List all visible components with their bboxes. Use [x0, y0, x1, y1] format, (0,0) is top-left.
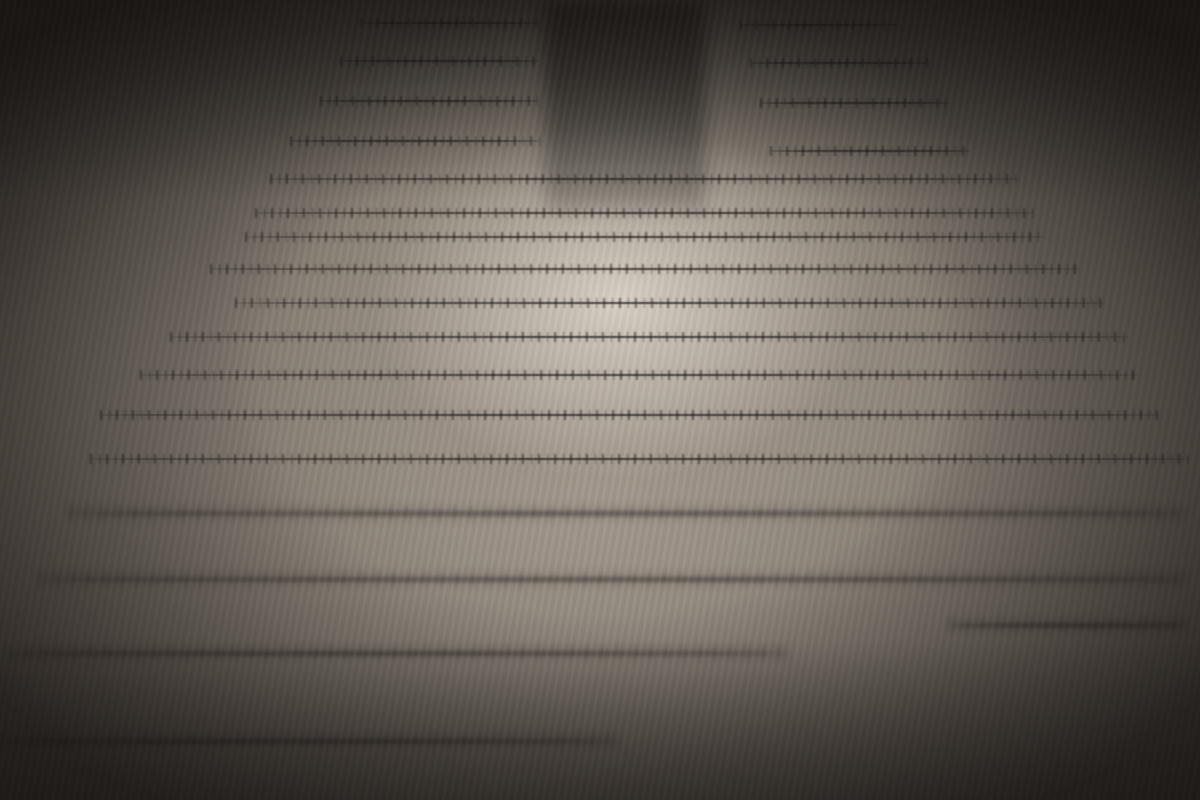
vignette [0, 0, 1200, 800]
manuscript-photo: Close-up photograph of illegible handwri… [0, 0, 1200, 800]
